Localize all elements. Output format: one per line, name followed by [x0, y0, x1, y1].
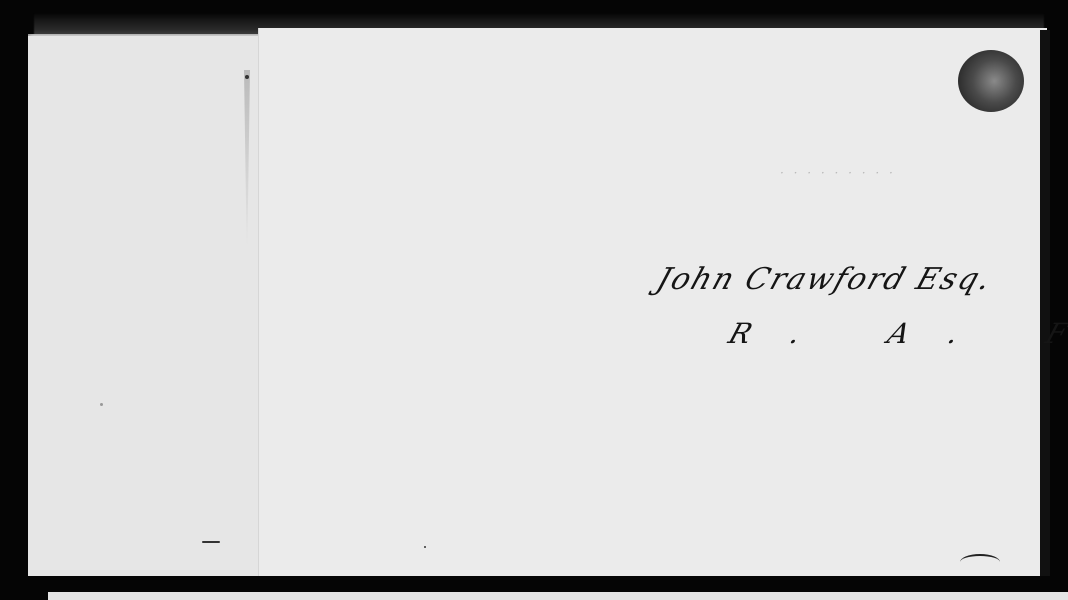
ink-speck [245, 75, 249, 79]
address-line-2: R. A. F. [725, 317, 1068, 350]
envelope-left-panel [28, 36, 258, 576]
address-name: John Crawford Esq. [652, 262, 1068, 297]
ink-speck [202, 541, 220, 543]
wax-seal-icon [958, 50, 1024, 112]
next-page-edge [48, 592, 1068, 600]
ink-speck [424, 546, 426, 548]
ink-speck [960, 554, 1000, 570]
ink-speck [100, 403, 103, 406]
handwritten-address: John Crawford Esq. R. A. F. [658, 262, 1068, 350]
faint-bleedthrough-text: · · · · · · · · · [780, 166, 896, 180]
